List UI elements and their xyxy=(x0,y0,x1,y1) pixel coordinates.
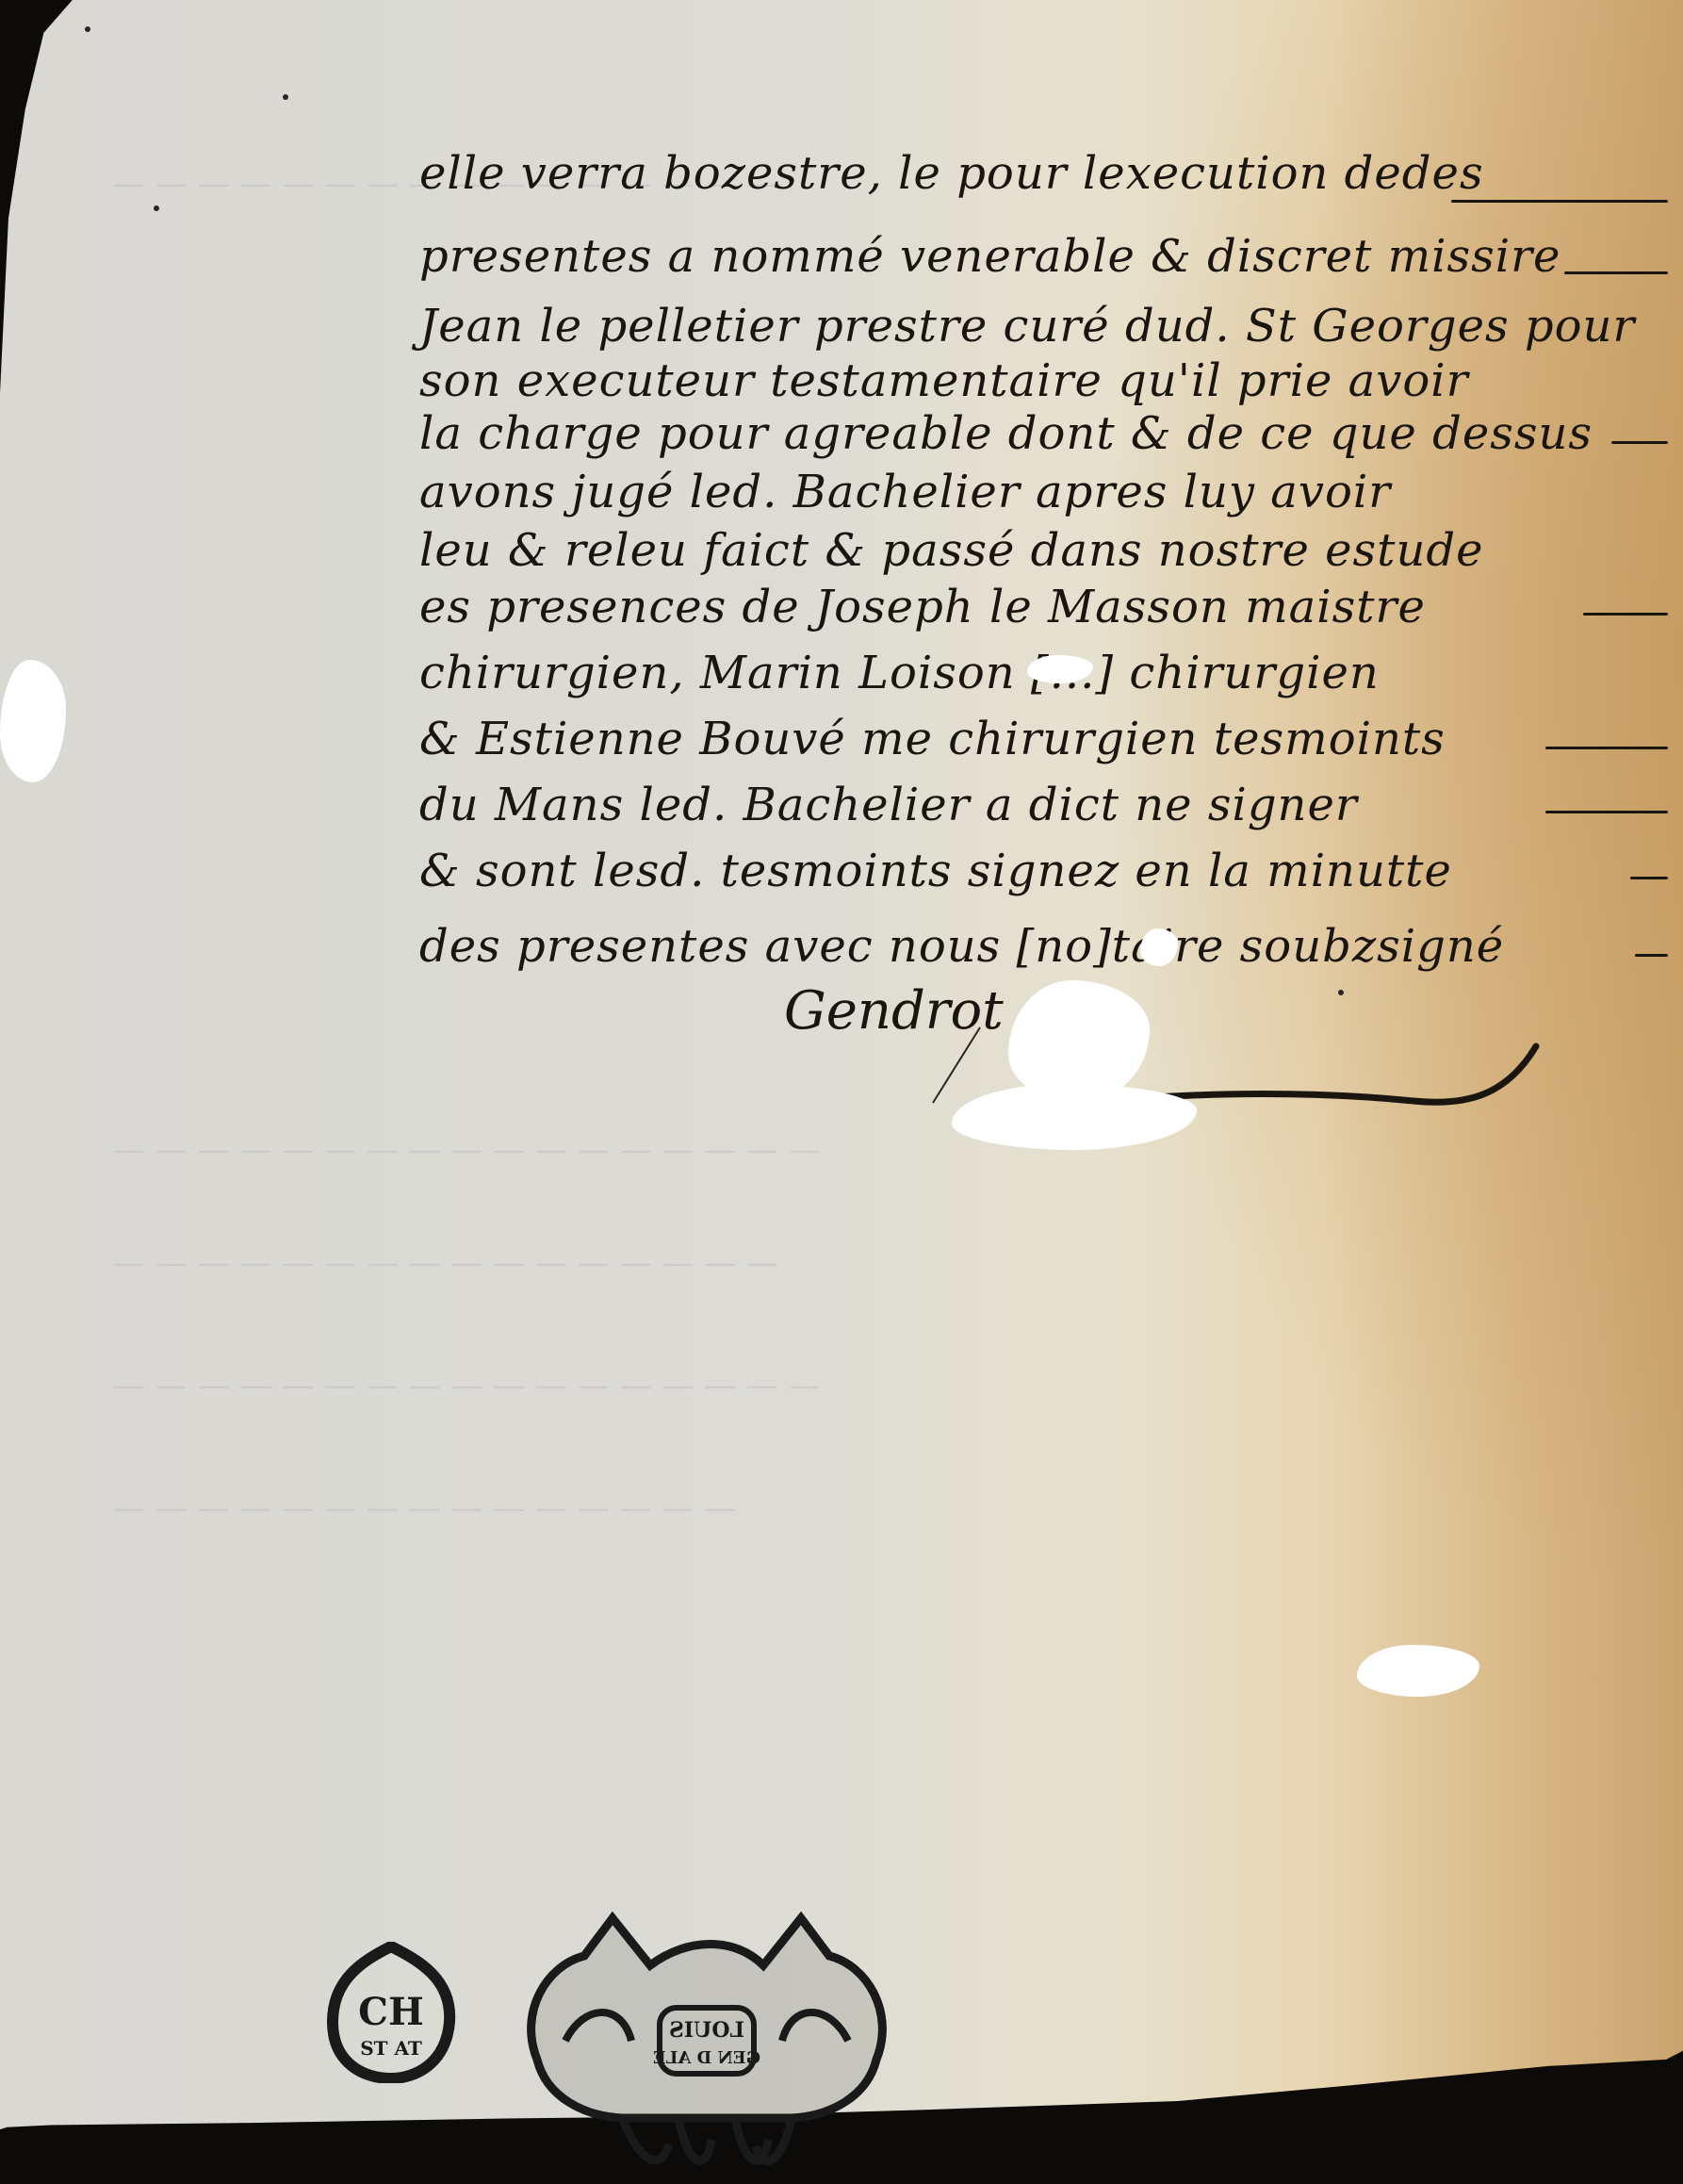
manuscript-line-8: es presences de Joseph le Masson maistre xyxy=(419,584,1426,630)
manuscript-line-10: & Estienne Bouvé me chirurgien tesmoints xyxy=(419,716,1446,762)
manuscript-line-1: elle verra bozestre, le pour lexecution … xyxy=(419,151,1484,196)
line-filler-stroke xyxy=(1545,811,1668,813)
line-filler-stroke xyxy=(1583,613,1668,616)
svg-text:GEN D ALE: GEN D ALE xyxy=(653,2048,760,2068)
manuscript-line-11: du Mans led. Bachelier a dict ne signer xyxy=(419,782,1358,828)
manuscript-line-3: Jean le pelletier prestre curé dud. St G… xyxy=(419,304,1635,349)
line-filler-stroke xyxy=(1630,877,1668,879)
paper-speck xyxy=(85,26,90,32)
svg-text:LOUIS: LOUIS xyxy=(669,2018,744,2043)
small-control-stamp: CH ST AT xyxy=(325,1942,457,2083)
paper-speck xyxy=(283,94,288,100)
line-filler-stroke xyxy=(1545,747,1668,749)
generalite-tax-stamp: LOUIS GEN D ALE xyxy=(509,1899,905,2182)
svg-text:CH: CH xyxy=(358,1990,424,2034)
manuscript-line-7: leu & releu faict & passé dans nostre es… xyxy=(419,528,1483,573)
manuscript-line-5: la charge pour agreable dont & de ce que… xyxy=(419,411,1593,456)
line-filler-stroke xyxy=(1451,200,1668,203)
manuscript-line-9: chirurgien, Marin Loison [...] chirurgie… xyxy=(419,650,1380,696)
manuscript-line-6: avons jugé led. Bachelier apres luy avoi… xyxy=(419,469,1391,515)
svg-text:ST AT: ST AT xyxy=(360,2037,422,2060)
line-filler-stroke xyxy=(1564,271,1668,274)
line-filler-stroke xyxy=(1611,441,1668,444)
line-filler-stroke xyxy=(1635,954,1668,957)
manuscript-line-12: & sont lesd. tesmoints signez en la minu… xyxy=(419,848,1452,894)
paper-speck xyxy=(154,205,159,211)
paper-speck xyxy=(1338,990,1344,995)
manuscript-line-2: presentes a nommé venerable & discret mi… xyxy=(419,234,1560,279)
manuscript-line-4: son executeur testamentaire qu'il prie a… xyxy=(419,358,1469,403)
manuscript-line-13: des presentes avec nous [no]taire soubzs… xyxy=(419,924,1504,969)
